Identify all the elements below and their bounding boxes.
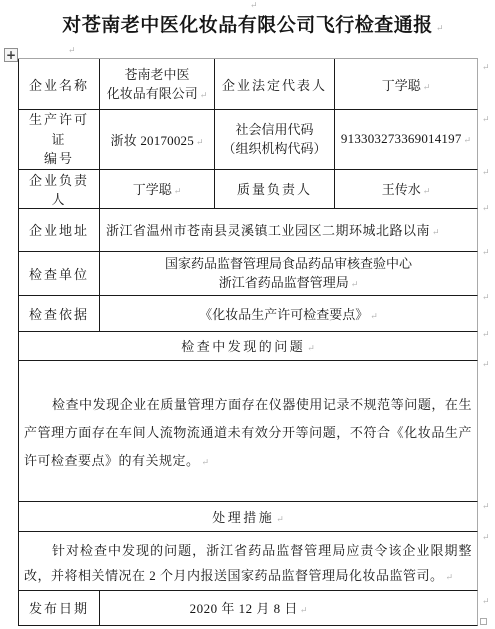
- quality-head-label-cell: 质量负责人: [215, 170, 335, 209]
- paragraph-mark: ↵: [196, 137, 204, 147]
- legal-rep-label-cell: 企业法定代表人: [215, 59, 335, 110]
- publish-date-value-cell: 2020 年 12 月 8 日↵: [100, 591, 478, 626]
- paragraph-mark: ↵: [68, 46, 76, 55]
- credit-code-label-cell: 社会信用代码 （组织机构代码）: [215, 110, 335, 170]
- table-row: 检查中发现企业在质量管理方面存在仪器使用记录不规范等问题，在生产管理方面存在车间…: [18, 361, 478, 502]
- paragraph-mark: ↵: [307, 343, 315, 353]
- paragraph-mark: ↵: [423, 82, 431, 92]
- measures-header: 处理措施: [212, 510, 274, 525]
- company-name-value-cell: 苍南老中医 化妆品有限公司↵: [100, 59, 215, 110]
- publish-date-label: 发布日期: [29, 601, 89, 616]
- table-row: 检查依据 《化妆品生产许可检查要点》↵: [18, 296, 478, 332]
- address-label-cell: 企业地址: [18, 209, 100, 252]
- inspection-table: 企业名称 苍南老中医 化妆品有限公司↵ 企业法定代表人 丁学聪↵ 生产许可证 编…: [18, 58, 478, 626]
- company-name-label: 企业名称: [29, 78, 89, 93]
- license-no-value-cell: 浙妆 20170025↵: [100, 110, 215, 170]
- address-label: 企业地址: [29, 223, 89, 238]
- paragraph-mark: ↵: [250, 1, 258, 10]
- table-move-handle-icon[interactable]: +: [4, 48, 18, 62]
- address-value: 浙江省温州市苍南县灵溪镇工业园区二期环城北路以南: [106, 223, 430, 238]
- inspect-unit-label-cell: 检查单位: [18, 252, 100, 296]
- row-end-mark: ↵: [482, 204, 490, 213]
- paragraph-mark: ↵: [351, 279, 359, 289]
- license-no-value: 浙妆 20170025: [111, 133, 194, 148]
- measures-text: 针对检查中发现的问题，浙江省药品监督管理局应责令该企业限期整改，并将相关情况在 …: [24, 543, 472, 583]
- paragraph-mark: ↵: [370, 311, 378, 321]
- paragraph-mark: ↵: [446, 572, 454, 582]
- table-resize-handle[interactable]: [480, 618, 487, 625]
- table-row: 针对检查中发现的问题，浙江省药品监督管理局应责令该企业限期整改，并将相关情况在 …: [18, 532, 478, 591]
- legal-rep-label: 企业法定代表人: [222, 78, 327, 93]
- problems-text-cell: 检查中发现企业在质量管理方面存在仪器使用记录不规范等问题，在生产管理方面存在车间…: [18, 361, 478, 502]
- paragraph-mark: ↵: [423, 186, 431, 196]
- company-name-label-cell: 企业名称: [18, 59, 100, 110]
- license-no-label-cell: 生产许可证 编号: [18, 110, 100, 170]
- paragraph-mark: ↵: [200, 90, 208, 100]
- quality-head-value-cell: 王传水↵: [335, 170, 478, 209]
- paragraph-mark: ↵: [202, 457, 210, 467]
- credit-code-value-cell: 913303273369014197↵: [335, 110, 478, 170]
- row-end-mark: ↵: [482, 502, 490, 511]
- table-row: 企业地址 浙江省温州市苍南县灵溪镇工业园区二期环城北路以南↵: [18, 209, 478, 252]
- table-row: 发布日期 2020 年 12 月 8 日↵: [18, 591, 478, 626]
- document-title: 对苍南老中医化妆品有限公司飞行检查通报: [0, 11, 495, 40]
- table-row: 处理措施↵: [18, 502, 478, 532]
- document-page: 对苍南老中医化妆品有限公司飞行检查通报 ↵ ↵ ↵ + 企业名称 苍南老中医 化…: [0, 0, 495, 629]
- table-row: 生产许可证 编号 浙妆 20170025↵ 社会信用代码 （组织机构代码） 91…: [18, 110, 478, 170]
- credit-code-label: 社会信用代码 （组织机构代码）: [222, 122, 326, 157]
- inspect-unit-value-cell: 国家药品监督管理局食品药品审核查验中心 浙江省药品监督管理局↵: [100, 252, 478, 296]
- legal-rep-value-cell: 丁学聪↵: [335, 59, 478, 110]
- problems-header-cell: 检查中发现的问题↵: [18, 332, 478, 361]
- paragraph-mark: ↵: [464, 135, 472, 145]
- problems-header: 检查中发现的问题: [181, 339, 305, 354]
- row-end-mark: ↵: [482, 330, 490, 339]
- paragraph-mark: ↵: [436, 24, 444, 33]
- license-no-label: 生产许可证 编号: [29, 112, 89, 166]
- inspect-unit-value: 国家药品监督管理局食品药品审核查验中心 浙江省药品监督管理局: [165, 256, 412, 291]
- row-end-mark: ↵: [482, 293, 490, 302]
- problems-text: 检查中发现企业在质量管理方面存在仪器使用记录不规范等问题，在生产管理方面存在车间…: [24, 397, 472, 468]
- paragraph-mark: ↵: [300, 605, 308, 615]
- company-head-label-cell: 企业负责人: [18, 170, 100, 209]
- table-row: 检查单位 国家药品监督管理局食品药品审核查验中心 浙江省药品监督管理局↵: [18, 252, 478, 296]
- row-end-mark: ↵: [482, 63, 490, 72]
- row-end-mark: ↵: [482, 533, 490, 542]
- inspect-basis-value-cell: 《化妆品生产许可检查要点》↵: [100, 296, 478, 332]
- row-end-mark: ↵: [482, 360, 490, 369]
- paragraph-mark: ↵: [174, 186, 182, 196]
- company-head-label: 企业负责人: [29, 173, 89, 207]
- address-value-cell: 浙江省温州市苍南县灵溪镇工业园区二期环城北路以南↵: [100, 209, 478, 252]
- row-end-mark: ↵: [482, 115, 490, 124]
- table-row: 企业名称 苍南老中医 化妆品有限公司↵ 企业法定代表人 丁学聪↵: [18, 59, 478, 110]
- table-row: 检查中发现的问题↵: [18, 332, 478, 361]
- measures-header-cell: 处理措施↵: [18, 502, 478, 532]
- inspect-basis-label: 检查依据: [29, 307, 89, 322]
- quality-head-label: 质量负责人: [237, 182, 312, 197]
- company-name-value: 苍南老中医 化妆品有限公司: [107, 67, 198, 102]
- legal-rep-value: 丁学聪: [382, 78, 421, 93]
- paragraph-mark: ↵: [432, 227, 440, 237]
- measures-text-cell: 针对检查中发现的问题，浙江省药品监督管理局应责令该企业限期整改，并将相关情况在 …: [18, 532, 478, 591]
- publish-date-label-cell: 发布日期: [18, 591, 100, 626]
- row-end-mark: ↵: [482, 248, 490, 257]
- company-head-value-cell: 丁学聪↵: [100, 170, 215, 209]
- inspect-unit-label: 检查单位: [29, 267, 89, 282]
- inspect-basis-label-cell: 检查依据: [18, 296, 100, 332]
- row-end-mark: ↵: [482, 597, 490, 606]
- publish-date-value: 2020 年 12 月 8 日: [190, 601, 298, 616]
- row-end-mark: ↵: [482, 168, 490, 177]
- credit-code-value: 913303273369014197: [341, 131, 462, 146]
- inspect-basis-value: 《化妆品生产许可检查要点》: [199, 307, 368, 322]
- table-row: 企业负责人 丁学聪↵ 质量负责人 王传水↵: [18, 170, 478, 209]
- company-head-value: 丁学聪: [133, 182, 172, 197]
- quality-head-value: 王传水: [382, 182, 421, 197]
- paragraph-mark: ↵: [276, 514, 284, 524]
